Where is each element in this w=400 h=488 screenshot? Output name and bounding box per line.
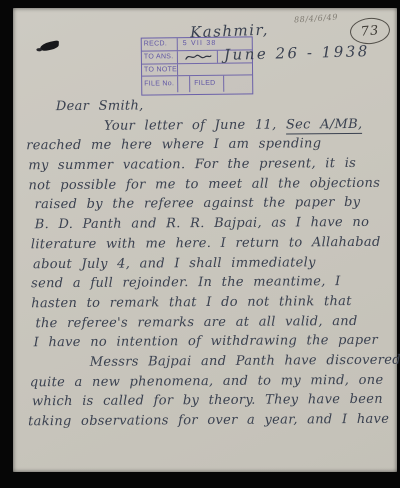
letter-line: raised by the referee against the paper … — [27, 193, 393, 215]
letter-line: taking observations for over a year, and… — [28, 410, 394, 432]
letter-line: which is called for by theory. They have… — [28, 390, 394, 412]
letter-line: quite a new phenomena, and to my mind, o… — [28, 370, 394, 392]
ink-blot — [40, 40, 59, 52]
scanned-letter: 88/4/6/49 73 RECD. 5 VII 38 TO ANS. TO N… — [0, 0, 400, 488]
letter-paper: 88/4/6/49 73 RECD. 5 VII 38 TO ANS. TO N… — [13, 8, 397, 472]
stamp-to-note-label: TO NOTE — [142, 64, 178, 75]
page-number: 73 — [360, 23, 380, 40]
stamp-to-ans-label: TO ANS. — [142, 51, 178, 63]
letter-line: hasten to remark that I do not think tha… — [27, 292, 393, 314]
stamp-empty-cell — [178, 76, 190, 92]
underlined-reference: Sec A/MB, — [286, 117, 363, 135]
letter-opening: Your letter of June 11, Sec A/MB, — [26, 114, 392, 136]
letter-opening-text: Your letter of June 11, — [104, 117, 286, 133]
stamp-empty-cell — [178, 63, 252, 75]
stamp-row-file: FILE No. FILED — [142, 75, 252, 92]
stamp-file-no-label: FILE No. — [142, 76, 178, 92]
letter-greeting: Dear Smith, — [26, 95, 392, 117]
stamp-filed-label: FILED — [190, 76, 224, 92]
letter-place: Kashmir, — [190, 21, 269, 42]
letter-line: not possible for me to meet all the obje… — [26, 173, 392, 195]
letter-body: Dear Smith, Your letter of June 11, Sec … — [26, 95, 394, 432]
letter-date: June 26 - 1938 — [224, 42, 370, 64]
archive-reference-number: 88/4/6/49 — [294, 12, 339, 24]
letter-line: I have no intention of withdrawing the p… — [27, 331, 393, 353]
letter-line: reached me here where I am spending — [26, 134, 392, 156]
page-number-circle: 73 — [349, 16, 391, 45]
stamp-recd-label: RECD. — [142, 38, 178, 50]
letter-line: Messrs Bajpai and Panth have discovered — [28, 351, 394, 373]
letter-line: the referee's remarks are at all valid, … — [27, 311, 393, 333]
letter-line: literature with me here. I return to All… — [27, 233, 393, 255]
letter-line: B. D. Panth and R. R. Bajpai, as I have … — [27, 213, 393, 235]
stamp-empty-cell — [224, 75, 252, 91]
letter-line: send a full rejoinder. In the meantime, … — [27, 272, 393, 294]
letter-line: my summer vacation. For the present, it … — [26, 154, 392, 176]
letter-line: about July 4, and I shall immediately — [27, 252, 393, 274]
to-ans-initials-mark — [178, 51, 218, 63]
